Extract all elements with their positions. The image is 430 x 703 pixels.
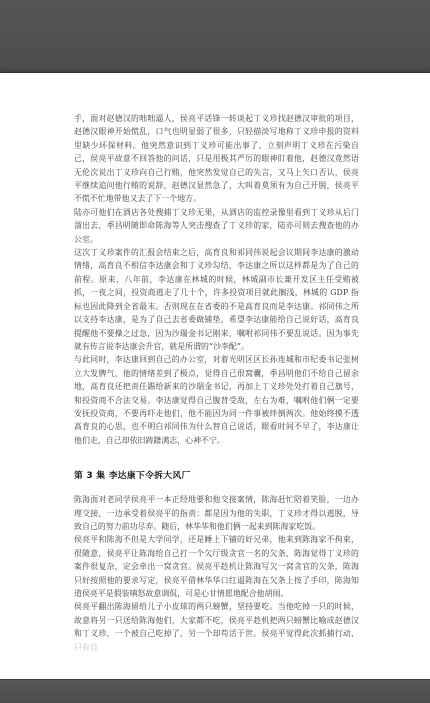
episode-3-heading: 第 3 集 李达康下令拆大风厂 [74,471,359,482]
synopsis-paragraph-hotel-search: 陆亦可他们在酒店各处搜捕丁义珍无果，从酒店的监控录像里看到丁义珍从后门溜出去，季… [74,206,359,246]
synopsis-paragraph-gaoyuliang-qitongwei: 这次丁义珍案件的汇报会结束之后，高育良和祁同伟说起会议期间李达康的激动情绪，高育… [74,246,359,353]
synopsis-paragraph-interrogation: 手，面对赵德汉的咄咄逼人，侯亮平话锋一转谈起丁义珍找赵德汉审批的项目，赵德汉眼神… [74,112,359,206]
page-content: 手，面对赵德汉的咄咄逼人，侯亮平话锋一转谈起丁义珍找赵德汉审批的项目，赵德汉眼神… [0,73,430,654]
letterbox-bottom [0,679,430,703]
letterbox-top [0,0,430,73]
synopsis-paragraph-crabs: 侯亮平翻出陈海留给儿子小皮球的两只螃蟹，坚持要吃。当他吃掉一只的时候，故意将另一… [74,600,359,654]
synopsis-paragraph-case-handover: 陈海面对老同学侯亮平一本正经地要和他交接案情，陈海赶忙陪着笑脸，一边办理交接，一… [74,493,359,533]
synopsis-paragraph-iou-note: 侯亮平和陈海不但是大学同学，还是睡上下铺的好兄弟，他来到陈海家不拘束，很随意，侯… [74,533,359,600]
synopsis-paragraph-lidakang-office: 与此同时，李达康回到自己的办公室，对着光明区区长孙连城和市纪委书记张树立大发脾气… [74,353,359,447]
document-page[interactable]: 手，面对赵德汉的咄咄逼人，侯亮平话锋一转谈起丁义珍找赵德汉审批的项目，赵德汉眼神… [0,73,430,680]
reader-app: 手，面对赵德汉的咄咄逼人，侯亮平话锋一转谈起丁义珍找赵德汉审批的项目，赵德汉眼神… [0,0,430,703]
